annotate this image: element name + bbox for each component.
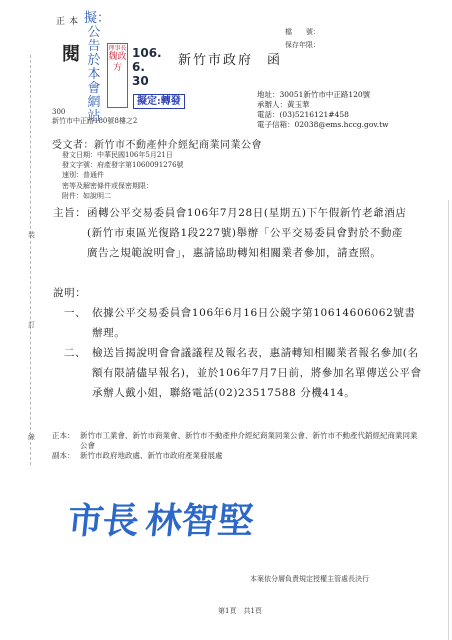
contact-block: 地址：30051新竹市中正路120號 承辦人：黃玉華 電話：(03)521612… [257,90,389,130]
item-number: 二、 [64,343,92,403]
subject-section: 主旨： 函轉公平交易委員會106年7月28日(星期五)下午假新竹老爺酒店(新竹市… [53,203,413,263]
contact-phone: 電話：(03)5216121#458 [257,110,389,120]
contact-handler: 承辦人：黃玉華 [257,100,389,110]
red-stamp-name: 魏政方 [108,52,126,73]
handwritten-date: 106. 6. 30 [132,46,162,88]
red-seal-stamp: 理事長 魏政方 [107,43,128,108]
contact-address: 地址：30051新竹市中正路120號 [257,90,389,100]
copy-type: 正本 [56,14,82,27]
item-text: 檢送旨揭說明會會議議程及報名表，惠請轉知相關業者報名參加(名額有限請儘早報名)，… [92,343,424,403]
binding-line [30,55,31,465]
recipient-address-block: 300 新竹市中正路180號8樓之2 [52,108,137,126]
recipient-postcode: 300 [52,108,137,117]
red-stamp-title: 理事長 [108,45,127,52]
signature-title: 市長 [66,500,140,542]
retention-label: 保存年限： [285,40,320,50]
scan-edge [448,200,449,640]
subject-text: 函轉公平交易委員會106年7月28日(星期五)下午假新竹老爺酒店(新竹市東區光復… [87,203,413,263]
mayor-signature-stamp: 市長林智堅 [65,493,256,544]
authorization-note: 本案依分層負責規定授權主管處長決行 [250,574,369,584]
item-number: 一、 [64,303,92,343]
issue-number: 發文字號：府產發字第1060091276號 [62,160,184,170]
recipient-line: 受文者：新竹市不動產仲介經紀商業同業公會 [52,136,262,151]
contact-email: 電子信箱：02038@ems.hccg.gov.tw [257,120,389,130]
document-meta: 發文日期：中華民國106年5月21日 發文字號：府產發字第1060091276號… [62,150,184,201]
blue-approval-stamp: 擬定:轉發 [133,94,185,109]
delivery-speed: 速別：普通件 [62,170,184,180]
recipient-address: 新竹市中正路180號8樓之2 [52,117,137,126]
page-number: 第1頁 共1頁 [218,606,262,616]
cc-text: 新竹市政府地政處、新竹市政府產業發展處 [80,451,223,461]
binding-mark-top: 裝 [28,230,35,240]
distribution-block: 正本： 新竹市工業會、新竹市商業會、新竹市不動產仲介經紀商業同業公會、新竹市不動… [52,431,422,461]
item-text: 依據公平交易委員會106年6月16日公競字第10614606062號書辦理。 [92,303,424,343]
scanned-document-page: 裝 訂 線 正本 閱 檔 號： 保存年限： 新竹市政府函 擬：公告於本會網站 理… [0,0,452,640]
attachment-info: 附件：如說明二 [62,191,184,201]
secrecy-level: 密等及解密條件或保密期限： [62,181,184,191]
signature-name: 林智堅 [144,500,256,542]
document-title: 新竹市政府函 [178,49,282,68]
main-recipients-text: 新竹市工業會、新竹市商業會、新竹市不動產仲介經紀商業同業公會、新竹市不動產代銷經… [80,431,422,451]
explanation-item: 二、 檢送旨揭說明會會議議程及報名表，惠請轉知相關業者報名參加(名額有限請儘早報… [64,343,424,403]
explanation-item: 一、 依據公平交易委員會106年6月16日公競字第10614606062號書辦理… [64,303,424,343]
binding-mark-middle: 訂 [28,320,35,330]
main-recipients-label: 正本： [52,431,80,451]
archive-stamp: 閱 [62,40,80,66]
binding-mark-bottom: 線 [28,432,35,442]
doc-kind: 函 [267,53,282,68]
issue-date: 發文日期：中華民國106年5月21日 [62,150,184,160]
cc-label: 副本： [52,451,80,461]
subject-label: 主旨： [53,203,87,263]
issuer-title: 新竹市政府 [178,53,253,68]
file-number-label: 檔 號： [285,27,320,37]
explanation-label: 說明： [53,283,86,303]
